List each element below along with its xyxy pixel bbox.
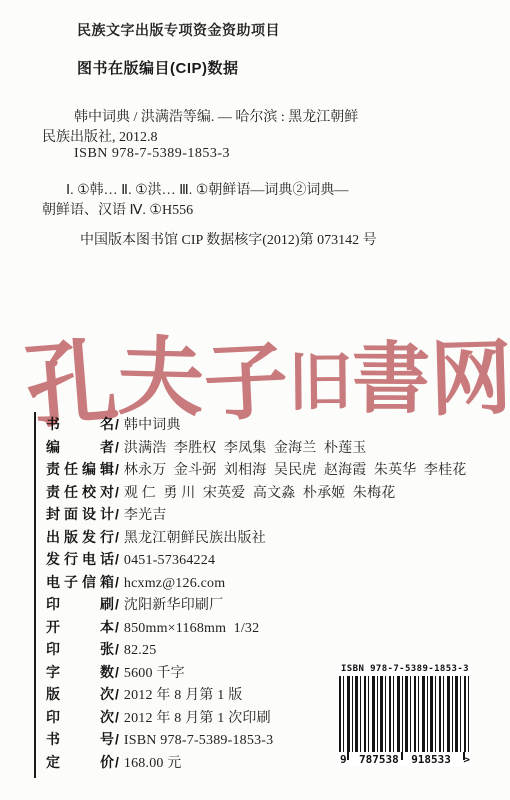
field-value: 韩中词典: [124, 414, 181, 434]
field-value: 5600 千字: [124, 662, 185, 682]
colophon-row-email: 电子信箱/hcxmz@126.com: [46, 572, 474, 595]
colophon-row-format: 开本/850mm×1168mm 1/32: [46, 617, 474, 640]
field-label: 印刷: [46, 594, 114, 614]
colophon-row-proofreaders: 责任校对/观 仁 勇 川 宋英爱 高文淼 朴承姬 朱梅花: [46, 482, 474, 505]
cip-heading: 图书在版编目(CIP)数据: [77, 57, 239, 78]
colophon-row-responsible-editors: 责任编辑/林永万 金斗弼 刘相海 吴民虎 赵海霞 朱英华 李桂花: [46, 459, 474, 482]
watermark-char: 書: [352, 340, 431, 419]
field-label: 版次: [46, 684, 114, 704]
field-value: ISBN 978-7-5389-1853-3: [124, 733, 273, 749]
colophon-row-printing: 印次/2012 年 8 月第 1 次印刷: [46, 707, 474, 730]
colophon-row-title: 书名/韩中词典: [46, 414, 474, 437]
cip-entry-line-2: 民族出版社, 2012.8: [42, 126, 158, 146]
colophon-row-editors: 编者/洪满浩 李胜权 李凤集 金海兰 朴莲玉: [46, 437, 474, 460]
cip-classification-line-2: 朝鲜语、汉语 Ⅳ. ①H556: [42, 199, 193, 219]
cip-entry-isbn: ISBN 978-7-5389-1853-3: [74, 146, 230, 162]
field-separator: /: [115, 686, 119, 702]
colophon-row-cover-design: 封面设计/李光吉: [46, 504, 474, 527]
field-value: 2012 年 8 月第 1 版: [124, 684, 243, 704]
field-separator: /: [115, 439, 119, 455]
field-value: 林永万 金斗弼 刘相海 吴民虎 赵海霞 朱英华 李桂花: [124, 459, 467, 479]
field-separator: /: [115, 731, 119, 747]
book-copyright-page: { "page": { "funding_line": "民族文字出版专项资金资…: [0, 0, 510, 800]
watermark-char: 夫: [117, 334, 205, 422]
field-label: 电子信箱: [46, 572, 114, 592]
colophon-row-phone: 发行电话/0451-57364224: [46, 549, 474, 572]
field-separator: /: [115, 551, 119, 567]
colophon-row-publisher: 出版发行/黑龙江朝鲜民族出版社: [46, 527, 474, 550]
watermark-char: 旧: [288, 351, 353, 416]
field-label: 编者: [46, 437, 114, 457]
field-separator: /: [115, 596, 119, 612]
field-separator: /: [115, 664, 119, 680]
field-value: 沈阳新华印刷厂: [124, 594, 223, 614]
field-separator: /: [115, 461, 119, 477]
colophon-row-printer: 印刷/沈阳新华印刷厂: [46, 594, 474, 617]
field-label: 责任校对: [46, 482, 114, 502]
field-separator: /: [115, 506, 119, 522]
field-separator: /: [115, 574, 119, 590]
field-separator: /: [115, 641, 119, 657]
colophon-row-price: 定价/168.00 元: [46, 752, 474, 775]
field-label: 书名: [46, 414, 114, 434]
colophon-row-isbn: 书号/ISBN 978-7-5389-1853-3: [46, 729, 474, 752]
field-value: 82.25: [124, 643, 157, 659]
field-label: 字数: [46, 662, 114, 682]
field-label: 封面设计: [46, 504, 114, 524]
field-separator: /: [115, 754, 119, 770]
field-value: 2012 年 8 月第 1 次印刷: [124, 707, 271, 727]
field-separator: /: [115, 484, 119, 500]
field-value: 黑龙江朝鲜民族出版社: [124, 527, 266, 547]
field-label: 书号: [46, 729, 114, 749]
field-label: 出版发行: [46, 527, 114, 547]
colophon-row-sheets: 印张/82.25: [46, 639, 474, 662]
field-value: 168.00 元: [124, 752, 182, 772]
field-label: 定价: [46, 752, 114, 772]
cip-record-number: 中国版本图书馆 CIP 数据核字(2012)第 073142 号: [80, 229, 377, 249]
colophon-table: 书名/韩中词典 编者/洪满浩 李胜权 李凤集 金海兰 朴莲玉 责任编辑/林永万 …: [34, 412, 474, 778]
field-label: 责任编辑: [46, 459, 114, 479]
field-separator: /: [115, 416, 119, 432]
watermark-char: 网: [429, 337, 510, 421]
field-value: 李光吉: [124, 504, 167, 524]
colophon-row-word-count: 字数/5600 千字: [46, 662, 474, 685]
cip-entry-line-1: 韩中词典 / 洪满浩等编. — 哈尔滨 : 黑龙江朝鲜: [74, 106, 358, 126]
field-value: 850mm×1168mm 1/32: [124, 621, 259, 637]
funding-project-line: 民族文字出版专项资金资助项目: [77, 20, 280, 40]
field-separator: /: [115, 529, 119, 545]
field-label: 开本: [46, 617, 114, 637]
field-separator: /: [115, 709, 119, 725]
field-value: hcxmz@126.com: [124, 576, 225, 592]
field-label: 印次: [46, 707, 114, 727]
field-value: 观 仁 勇 川 宋英爱 高文淼 朴承姬 朱梅花: [124, 482, 396, 502]
field-label: 发行电话: [46, 549, 114, 569]
field-label: 印张: [46, 639, 114, 659]
field-value: 洪满浩 李胜权 李凤集 金海兰 朴莲玉: [124, 437, 367, 457]
field-value: 0451-57364224: [124, 553, 215, 569]
field-separator: /: [115, 619, 119, 635]
cip-classification-line-1: Ⅰ. ①韩… Ⅱ. ①洪… Ⅲ. ①朝鲜语—词典②词典—: [66, 179, 348, 199]
colophon-row-edition: 版次/2012 年 8 月第 1 版: [46, 684, 474, 707]
